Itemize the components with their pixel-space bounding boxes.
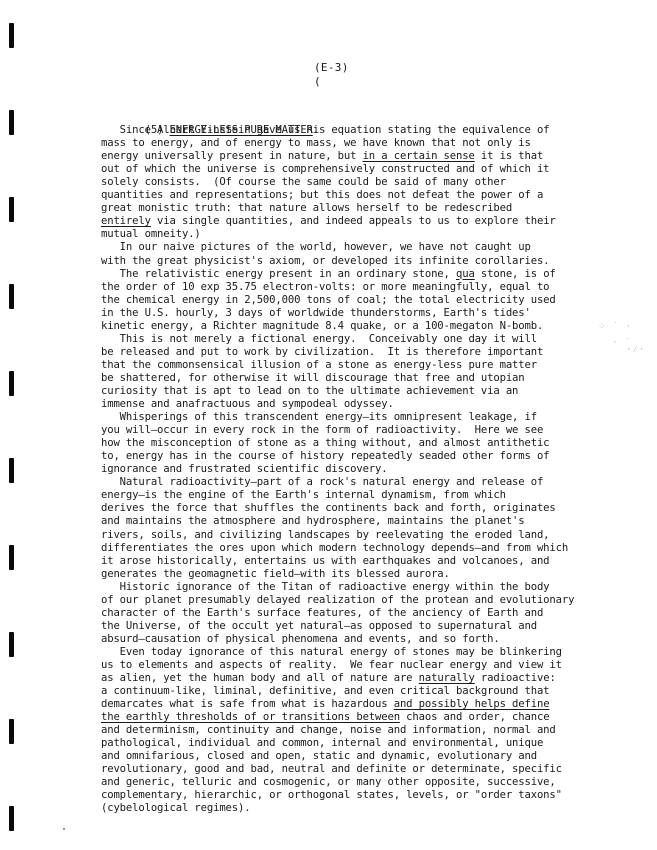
text-segment: This is not merely a fictional energy. C… <box>101 333 537 345</box>
text-segment: and omnifarious, closed and open, static… <box>101 750 537 762</box>
text-segment: via single quantities, and indeed appeal… <box>151 215 556 227</box>
text-line: of our planet presumably delayed realiza… <box>101 594 657 607</box>
text-segment: character of the Earth's surface feature… <box>101 607 543 619</box>
text-segment: kinetic energy, a Richter magnitude 8.4 … <box>101 320 543 332</box>
text-line: and omnifarious, closed and open, static… <box>101 750 657 763</box>
text-segment: the order of 10 exp 35.75 electron-volts… <box>101 281 549 293</box>
text-segment: and maintains the atmosphere and hydrosp… <box>101 515 525 527</box>
text-line: Even today ignorance of this natural ene… <box>101 646 657 659</box>
text-segment: revolutionary, good and bad, neutral and… <box>101 763 562 775</box>
page-identifier: (E-3) ( <box>314 61 349 89</box>
text-line: rivers, soils, and civilizing landscapes… <box>101 529 657 542</box>
text-line: mutual omneity.) <box>101 228 657 241</box>
text-line: mass to energy, and of energy to mass, w… <box>101 137 657 150</box>
text-line: solely consists. (Of course the same cou… <box>101 176 657 189</box>
margin-bar <box>9 806 14 831</box>
text-segment: to, energy has in the course of history … <box>101 450 549 462</box>
underlined-text: qua <box>456 268 475 280</box>
text-segment: out of which the universe is comprehensi… <box>101 163 549 175</box>
paragraph-lines: Since Albert Einstein gave us his equati… <box>101 124 657 815</box>
text-line: complementary, hierarchic, or orthogonal… <box>101 789 657 802</box>
text-line: the earthly thresholds of or transitions… <box>101 711 657 724</box>
text-line: kinetic energy, a Richter magnitude 8.4 … <box>101 320 657 333</box>
underlined-text: the earthly thresholds of or transitions… <box>101 711 400 723</box>
text-segment: radioactive: <box>475 672 556 684</box>
section-heading: (5) ENERGY-LESS PURE MATTER. <box>101 111 657 124</box>
page-id-sub: ( <box>314 75 349 89</box>
text-line: immense and anafractuous and sympodeal o… <box>101 398 657 411</box>
text-line: absurd—causation of physical phenomena a… <box>101 633 657 646</box>
text-line: pathological, individual and common, int… <box>101 737 657 750</box>
text-segment: Since Albert Einstein gave us his equati… <box>101 124 549 136</box>
text-segment: chaos and order, chance <box>400 711 549 723</box>
text-segment: quantities and representations; but this… <box>101 189 543 201</box>
text-line: (cybelological regimes). <box>101 802 657 815</box>
text-segment: how the misconception of stone as a thin… <box>101 437 549 449</box>
margin-bar <box>9 197 14 222</box>
text-line: Since Albert Einstein gave us his equati… <box>101 124 657 137</box>
text-line: entirely via single quantities, and inde… <box>101 215 657 228</box>
text-line: energy universally present in nature, bu… <box>101 150 657 163</box>
text-segment: great monistic truth: that nature allows… <box>101 202 512 214</box>
text-segment: and determinism, continuity and change, … <box>101 724 556 736</box>
margin-bar <box>9 632 14 657</box>
text-segment: Whisperings of this transcendent energy—… <box>101 411 537 423</box>
text-segment: immense and anafractuous and sympodeal o… <box>101 398 394 410</box>
scan-speck <box>63 828 65 830</box>
text-segment: the Universe, of the occult yet natural—… <box>101 620 537 632</box>
text-segment: (cybelological regimes). <box>101 802 250 814</box>
text-line: great monistic truth: that nature allows… <box>101 202 657 215</box>
text-segment: complementary, hierarchic, or orthogonal… <box>101 789 562 801</box>
text-segment: Even today ignorance of this natural ene… <box>101 646 562 658</box>
text-segment: you will—occur in every rock in the form… <box>101 424 543 436</box>
text-line: a continuum-like, liminal, definitive, a… <box>101 685 657 698</box>
text-segment: derives the force that shuffles the cont… <box>101 502 556 514</box>
text-segment: as alien, yet the human body and all of … <box>101 672 419 684</box>
page-id-label: (E-3) <box>314 61 349 75</box>
underlined-text: entirely <box>101 215 151 227</box>
text-segment: be released and put to work by civilizat… <box>101 346 543 358</box>
text-segment: mass to energy, and of energy to mass, w… <box>101 137 531 149</box>
margin-bar <box>9 545 14 570</box>
text-segment: stone, is of <box>475 268 556 280</box>
text-line: and generic, telluric and cosmogenic, or… <box>101 776 657 789</box>
text-segment: with the great physicist's axiom, or dev… <box>101 255 549 267</box>
text-line: with the great physicist's axiom, or dev… <box>101 255 657 268</box>
text-line: Natural radioactivity—part of a rock's n… <box>101 476 657 489</box>
margin-bar <box>9 23 14 48</box>
text-segment: energy—is the engine of the Earth's inte… <box>101 489 506 501</box>
text-line: and maintains the atmosphere and hydrosp… <box>101 515 657 528</box>
text-line: Whisperings of this transcendent energy—… <box>101 411 657 424</box>
text-segment: us to elements and aspects of reality. W… <box>101 659 562 671</box>
text-segment: The relativistic energy present in an or… <box>101 268 456 280</box>
text-line: Historic ignorance of the Titan of radio… <box>101 581 657 594</box>
text-line: ignorance and frustrated scientific disc… <box>101 463 657 476</box>
margin-bar <box>9 284 14 309</box>
text-segment: pathological, individual and common, int… <box>101 737 543 749</box>
text-segment: absurd—causation of physical phenomena a… <box>101 633 500 645</box>
text-line: it arose historically, entertains us wit… <box>101 555 657 568</box>
text-line: quantities and representations; but this… <box>101 189 657 202</box>
text-line: derives the force that shuffles the cont… <box>101 502 657 515</box>
text-segment: and generic, telluric and cosmogenic, or… <box>101 776 556 788</box>
underlined-text: naturally <box>419 672 475 684</box>
text-line: revolutionary, good and bad, neutral and… <box>101 763 657 776</box>
text-line: differentiates the ores upon which moder… <box>101 542 657 555</box>
text-line: character of the Earth's surface feature… <box>101 607 657 620</box>
text-segment: Historic ignorance of the Titan of radio… <box>101 581 549 593</box>
text-segment: energy universally present in nature, bu… <box>101 150 363 162</box>
text-line: generates the geomagnetic field—with its… <box>101 568 657 581</box>
text-segment: be shattered, for otherwise it will disc… <box>101 372 525 384</box>
text-line: be released and put to work by civilizat… <box>101 346 657 359</box>
text-segment: ignorance and frustrated scientific disc… <box>101 463 388 475</box>
text-segment: mutual omneity.) <box>101 228 201 240</box>
text-line: out of which the universe is comprehensi… <box>101 163 657 176</box>
margin-bar <box>9 719 14 744</box>
text-segment: solely consists. (Of course the same cou… <box>101 176 506 188</box>
text-line: the Universe, of the occult yet natural—… <box>101 620 657 633</box>
text-line: us to elements and aspects of reality. W… <box>101 659 657 672</box>
text-line: that the commonsensical illusion of a st… <box>101 359 657 372</box>
text-line: be shattered, for otherwise it will disc… <box>101 372 657 385</box>
text-line: to, energy has in the course of history … <box>101 450 657 463</box>
text-line: in the U.S. hourly, 3 days of worldwide … <box>101 307 657 320</box>
text-line: The relativistic energy present in an or… <box>101 268 657 281</box>
text-line: as alien, yet the human body and all of … <box>101 672 657 685</box>
text-segment: of our planet presumably delayed realiza… <box>101 594 574 606</box>
text-line: and determinism, continuity and change, … <box>101 724 657 737</box>
underlined-text: in a certain sense <box>363 150 475 162</box>
text-segment: rivers, soils, and civilizing landscapes… <box>101 529 549 541</box>
text-line: demarcates what is safe from what is haz… <box>101 698 657 711</box>
text-segment: curiosity that is apt to lead on to the … <box>101 385 518 397</box>
text-segment: differentiates the ores upon which moder… <box>101 542 568 554</box>
text-segment: it arose historically, entertains us wit… <box>101 555 549 567</box>
text-line: how the misconception of stone as a thin… <box>101 437 657 450</box>
document-body: (5) ENERGY-LESS PURE MATTER. Since Alber… <box>101 111 657 816</box>
margin-bar <box>9 458 14 483</box>
text-segment: in the U.S. hourly, 3 days of worldwide … <box>101 307 531 319</box>
text-segment: In our naive pictures of the world, howe… <box>101 241 531 253</box>
text-segment: that the commonsensical illusion of a st… <box>101 359 537 371</box>
margin-bar <box>9 371 14 396</box>
text-segment: a continuum-like, liminal, definitive, a… <box>101 685 549 697</box>
underlined-text: and possibly helps define <box>394 698 550 710</box>
text-line: the order of 10 exp 35.75 electron-volts… <box>101 281 657 294</box>
text-line: you will—occur in every rock in the form… <box>101 424 657 437</box>
text-segment: Natural radioactivity—part of a rock's n… <box>101 476 543 488</box>
text-segment: demarcates what is safe from what is haz… <box>101 698 394 710</box>
text-line: energy—is the engine of the Earth's inte… <box>101 489 657 502</box>
text-segment: it is that <box>475 150 544 162</box>
text-line: This is not merely a fictional energy. C… <box>101 333 657 346</box>
text-line: the chemical energy in 2,500,000 tons of… <box>101 294 657 307</box>
text-segment: the chemical energy in 2,500,000 tons of… <box>101 294 556 306</box>
text-line: curiosity that is apt to lead on to the … <box>101 385 657 398</box>
margin-bar <box>9 110 14 135</box>
text-segment: generates the geomagnetic field—with its… <box>101 568 450 580</box>
text-line: In our naive pictures of the world, howe… <box>101 241 657 254</box>
